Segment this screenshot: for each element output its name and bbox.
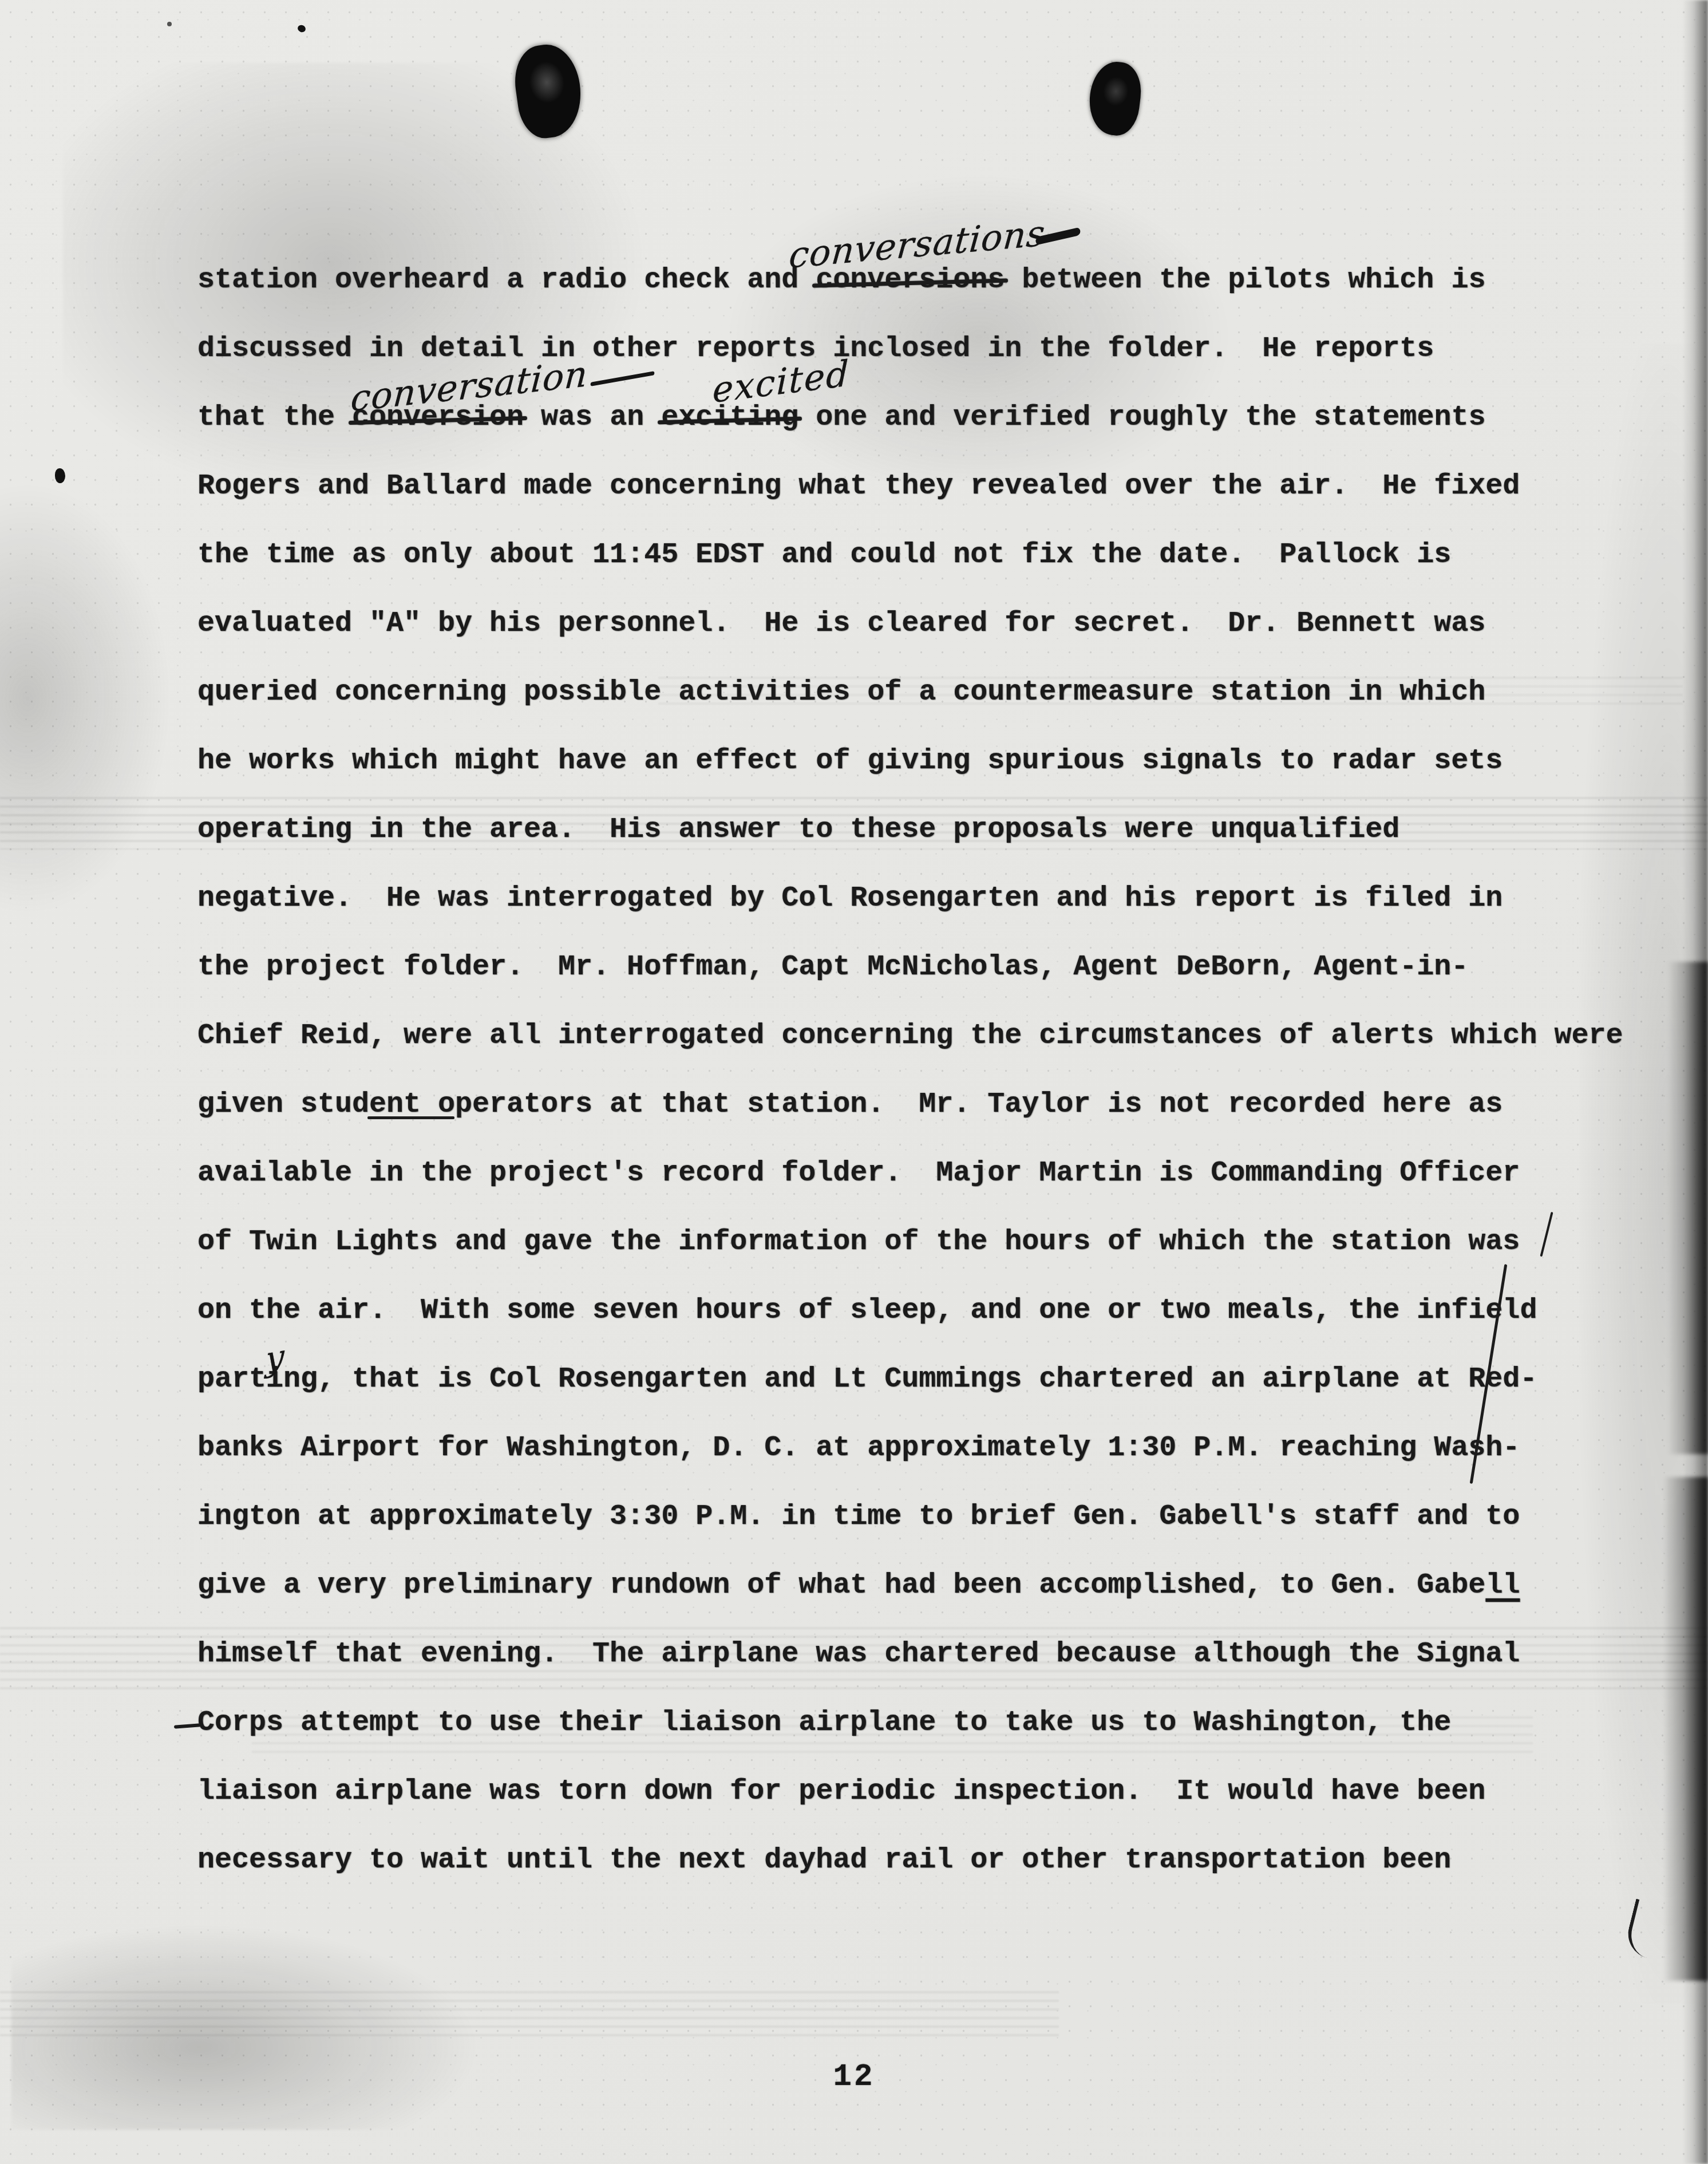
right-edge-dark-strip	[1663, 1477, 1708, 1981]
text-segment: Chief Reid, were all interrogated concer…	[197, 1020, 1623, 1052]
handwritten-hook-mark	[1623, 1898, 1669, 1960]
text-segment: operating in the area. His answer to the…	[197, 814, 1399, 846]
typewritten-text: station overheard a radio check and conv…	[197, 246, 1623, 1895]
text-segment: ington at approximately 3:30 P.M. in tim…	[197, 1500, 1520, 1533]
handwritten-dash-before-corps	[174, 1723, 200, 1728]
text-line: on the air. With some seven hours of sle…	[197, 1277, 1623, 1345]
ink-blob-right	[1086, 59, 1145, 138]
text-segment: station overheard a radio check and	[197, 264, 816, 297]
right-edge-dark-strip	[1668, 962, 1708, 1454]
ink-speck	[55, 468, 65, 483]
text-line: parting, that is Col Rosengarten and Lt …	[197, 1345, 1623, 1414]
page-number: 12	[0, 2060, 1708, 2095]
text-segment: give a very preliminary rundown of what …	[197, 1569, 1485, 1602]
underlined-text: ll	[1485, 1569, 1520, 1602]
text-line: liaison airplane was torn down for perio…	[197, 1758, 1623, 1826]
struck-text: conversions	[816, 264, 1005, 297]
text-segment: on the air. With some seven hours of sle…	[197, 1294, 1537, 1327]
text-segment: Corps attempt to use their liaison airpl…	[197, 1707, 1451, 1739]
text-segment: of Twin Lights and gave the information …	[197, 1226, 1520, 1258]
text-line: evaluated "A" by his personnel. He is cl…	[197, 590, 1623, 658]
text-line: Chief Reid, were all interrogated concer…	[197, 1002, 1623, 1071]
text-line: operating in the area. His answer to the…	[197, 796, 1623, 864]
text-line: that the conversion was an exciting one …	[197, 384, 1623, 452]
text-segment: the project folder. Mr. Hoffman, Capt Mc…	[197, 951, 1468, 984]
text-segment: queried concerning possible activities o…	[197, 676, 1485, 709]
text-segment: was an	[524, 401, 661, 434]
text-segment: between the pilots which is	[1005, 264, 1485, 297]
text-segment: necessary to wait until the next dayhad …	[197, 1844, 1451, 1877]
text-segment: negative. He was interrogated by Col Ros…	[197, 882, 1503, 915]
text-line: the time as only about 11:45 EDST and co…	[197, 521, 1623, 590]
ink-speck	[296, 24, 306, 33]
text-line: available in the project's record folder…	[197, 1139, 1623, 1208]
text-line: discussed in detail in other reports inc…	[197, 315, 1623, 384]
text-segment: available in the project's record folder…	[197, 1157, 1520, 1190]
struck-text: exciting	[661, 401, 798, 434]
text-line: given student operators at that station.…	[197, 1071, 1623, 1139]
text-segment: Rogers and Ballard made concerning what …	[197, 470, 1520, 503]
text-line: Rogers and Ballard made concerning what …	[197, 452, 1623, 521]
struck-text: conversion	[352, 401, 524, 434]
ink-blob-left	[510, 41, 586, 141]
scanner-streak-band	[0, 1991, 1059, 2037]
text-segment: banks Airport for Washington, D. C. at a…	[197, 1432, 1520, 1464]
text-segment: given student operators at that station.…	[197, 1088, 1503, 1121]
text-line: ington at approximately 3:30 P.M. in tim…	[197, 1483, 1623, 1551]
text-line: banks Airport for Washington, D. C. at a…	[197, 1414, 1623, 1483]
text-line: necessary to wait until the next dayhad …	[197, 1826, 1623, 1895]
text-segment: the time as only about 11:45 EDST and co…	[197, 539, 1451, 571]
text-segment: one and verified roughly the statements	[798, 401, 1485, 434]
text-line: of Twin Lights and gave the information …	[197, 1208, 1623, 1277]
text-segment: himself that evening. The airplane was c…	[197, 1638, 1520, 1671]
text-line: station overheard a radio check and conv…	[197, 246, 1623, 315]
text-line: Corps attempt to use their liaison airpl…	[197, 1689, 1623, 1758]
text-segment: liaison airplane was torn down for perio…	[197, 1775, 1485, 1808]
text-line: the project folder. Mr. Hoffman, Capt Mc…	[197, 933, 1623, 1002]
text-line: queried concerning possible activities o…	[197, 658, 1623, 727]
smudge-left-margin	[0, 481, 172, 916]
document-page: station overheard a radio check and conv…	[0, 0, 1708, 2164]
ink-speck	[167, 22, 172, 26]
text-line: give a very preliminary rundown of what …	[197, 1551, 1623, 1620]
text-segment: parting, that is Col Rosengarten and Lt …	[197, 1363, 1537, 1396]
text-segment: discussed in detail in other reports inc…	[197, 333, 1434, 365]
text-segment: that the	[197, 401, 352, 434]
smudge-bottom-left	[11, 1924, 481, 2130]
text-line: negative. He was interrogated by Col Ros…	[197, 864, 1623, 933]
right-edge-scan-artifact	[1683, 0, 1708, 2164]
text-line: himself that evening. The airplane was c…	[197, 1620, 1623, 1689]
text-segment: he works which might have an effect of g…	[197, 745, 1503, 777]
text-segment: evaluated "A" by his personnel. He is cl…	[197, 607, 1485, 640]
text-line: he works which might have an effect of g…	[197, 727, 1623, 796]
